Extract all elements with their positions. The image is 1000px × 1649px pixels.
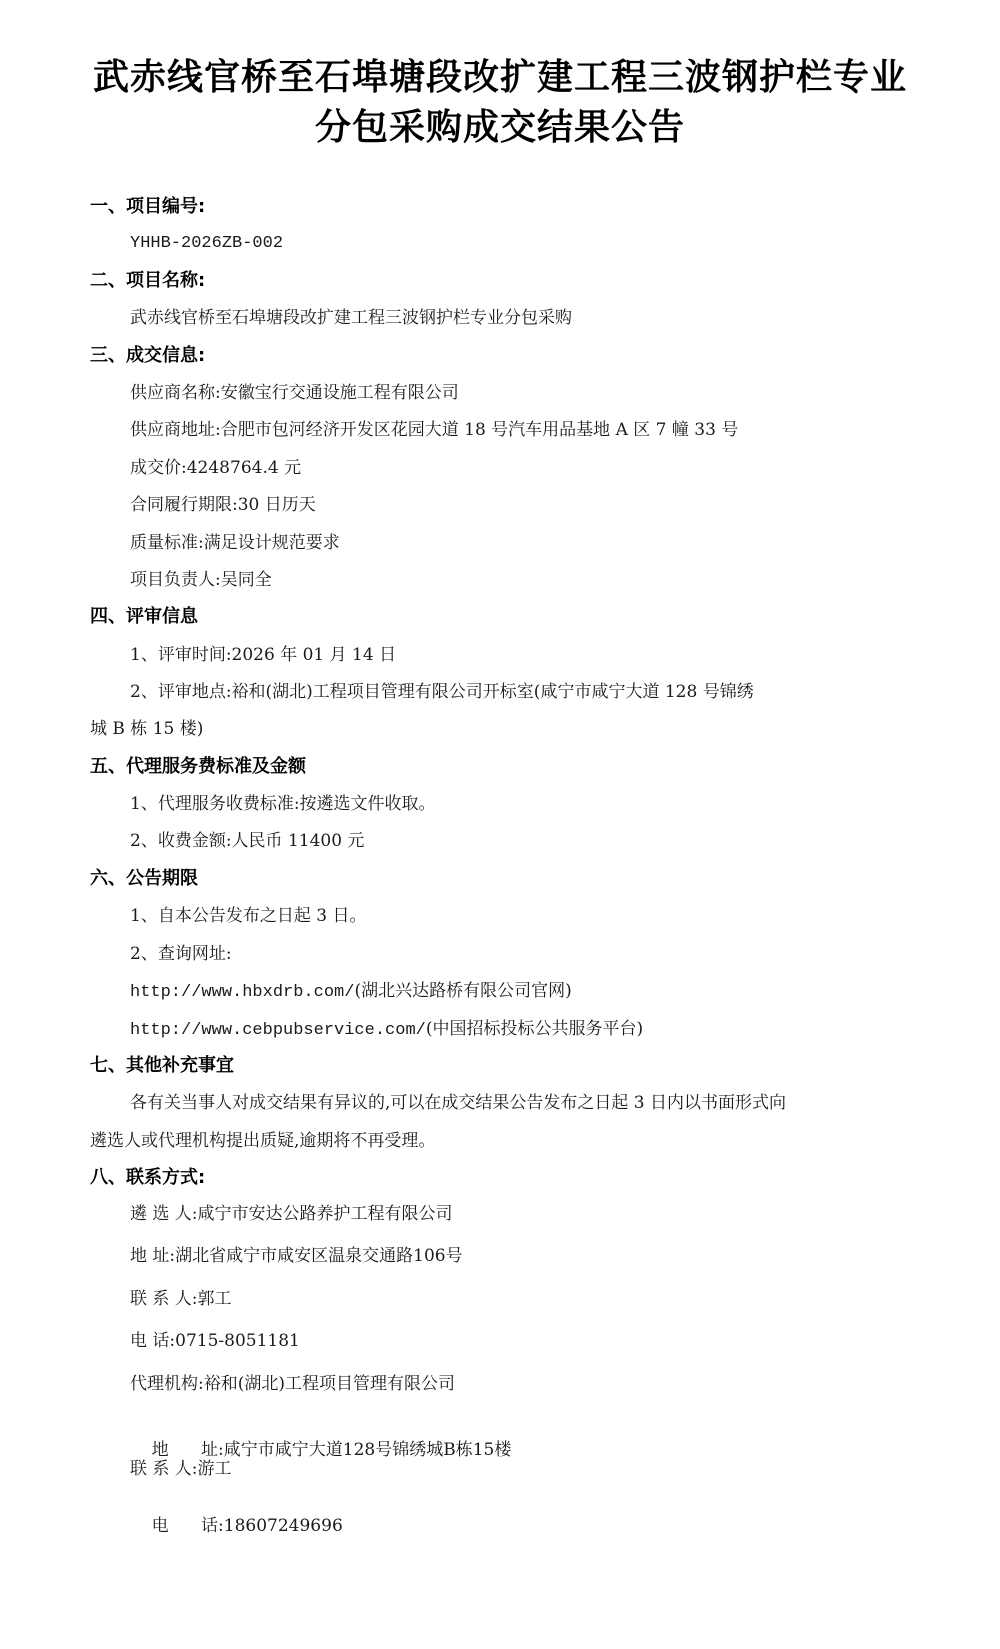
agency-fee-amount: 2、收费金额:人民币 11400 元 — [130, 829, 364, 853]
document-title-line-2: 分包采购成交结果公告 — [0, 107, 1000, 149]
contract-period-row: 合同履行期限:30 日历天 — [130, 493, 316, 517]
selector-address-value: 湖北省咸宁市咸安区温泉交通路106号 — [175, 1246, 462, 1266]
agency-value: 裕和(湖北)工程项目管理有限公司 — [204, 1374, 455, 1394]
query-url-desc-2: (中国招标投标公共服务平台) — [426, 1019, 643, 1039]
supplier-name-row: 供应商名称:安徽宝行交通设施工程有限公司 — [130, 381, 459, 405]
section-heading-deal-info: 三、成交信息: — [90, 344, 205, 368]
query-url-label: 2、查询网址: — [130, 942, 232, 966]
quality-standard-label: 质量标准: — [130, 533, 204, 553]
agency-phone-label: 电 话: — [152, 1516, 224, 1536]
supplier-name-value: 安徽宝行交通设施工程有限公司 — [221, 383, 459, 403]
query-url-row-2: http://www.cebpubservice.com/(中国招标投标公共服务… — [130, 1017, 643, 1043]
supplier-address-row: 供应商地址:合肥市包河经济开发区花园大道 18 号汽车用品基地 A 区 7 幢 … — [130, 418, 738, 442]
section-heading-notice-period: 六、公告期限 — [90, 867, 198, 891]
agency-phone-value: 18607249696 — [224, 1516, 343, 1536]
selector-row: 遴 选 人:咸宁市安达公路养护工程有限公司 — [130, 1202, 453, 1226]
selector-address-row: 地 址:湖北省咸宁市咸安区温泉交通路106号 — [130, 1244, 463, 1268]
query-url-desc-1: (湖北兴达路桥有限公司官网) — [354, 981, 571, 1001]
section-heading-project-name: 二、项目名称: — [90, 269, 205, 293]
section-heading-review-info: 四、评审信息 — [90, 605, 198, 629]
project-manager-value: 吴同全 — [221, 570, 272, 590]
notice-period-duration: 1、自本公告发布之日起 3 日。 — [130, 904, 366, 928]
agency-label: 代理机构: — [130, 1374, 204, 1394]
quality-standard-row: 质量标准:满足设计规范要求 — [130, 531, 340, 555]
other-matters-paragraph-line-2: 遴选人或代理机构提出质疑,逾期将不再受理。 — [90, 1129, 435, 1153]
supplier-name-label: 供应商名称: — [130, 383, 221, 403]
project-number-value: YHHB-2026ZB-002 — [130, 232, 283, 256]
project-name-value: 武赤线官桥至石埠塘段改扩建工程三波钢护栏专业分包采购 — [130, 306, 572, 330]
section-heading-agency-fee: 五、代理服务费标准及金额 — [90, 755, 306, 779]
review-place-label: 2、评审地点: — [130, 682, 232, 702]
agency-fee-standard: 1、代理服务收费标准:按遴选文件收取。 — [130, 792, 436, 816]
review-place-row: 2、评审地点:裕和(湖北)工程项目管理有限公司开标室(咸宁市咸宁大道 128 号… — [130, 680, 754, 704]
deal-price-value: 4248764.4 元 — [187, 458, 301, 478]
contract-period-value: 30 日历天 — [238, 495, 316, 515]
agency-row: 代理机构:裕和(湖北)工程项目管理有限公司 — [130, 1372, 455, 1396]
selector-phone-label: 电 话: — [130, 1331, 175, 1351]
selector-phone-row: 电 话:0715-8051181 — [130, 1329, 300, 1353]
deal-price-label: 成交价: — [130, 458, 187, 478]
review-time-row: 1、评审时间:2026 年 01 月 14 日 — [130, 643, 396, 667]
agency-contact-row: 联 系 人:游工 — [130, 1457, 232, 1481]
selector-contact-label: 联 系 人: — [130, 1289, 198, 1309]
selector-value: 咸宁市安达公路养护工程有限公司 — [198, 1204, 453, 1224]
review-place-value-line-1: 裕和(湖北)工程项目管理有限公司开标室(咸宁市咸宁大道 128 号锦绣 — [232, 682, 754, 702]
review-time-label: 1、评审时间: — [130, 645, 232, 665]
selector-label: 遴 选 人: — [130, 1204, 198, 1224]
other-matters-paragraph-line-1: 各有关当事人对成交结果有异议的,可以在成交结果公告发布之日起 3 日内以书面形式… — [130, 1091, 786, 1115]
deal-price-row: 成交价:4248764.4 元 — [130, 456, 301, 480]
announcement-page: 武赤线官桥至石埠塘段改扩建工程三波钢护栏专业 分包采购成交结果公告 一、项目编号… — [0, 0, 1000, 1649]
review-place-value-line-2: 城 B 栋 15 楼) — [90, 717, 203, 741]
agency-address-value: 咸宁市咸宁大道128号锦绣城B栋15楼 — [224, 1440, 512, 1460]
selector-address-label: 地 址: — [130, 1246, 175, 1266]
supplier-address-label: 供应商地址: — [130, 420, 221, 440]
selector-contact-value: 郭工 — [198, 1289, 232, 1309]
query-url-row-1: http://www.hbxdrb.com/(湖北兴达路桥有限公司官网) — [130, 979, 572, 1005]
section-heading-other-matters: 七、其他补充事宜 — [90, 1054, 234, 1078]
section-heading-project-number: 一、项目编号: — [90, 195, 205, 219]
section-heading-contact: 八、联系方式: — [90, 1166, 205, 1190]
query-url-link-1[interactable]: http://www.hbxdrb.com/ — [130, 983, 354, 1002]
agency-contact-value: 游工 — [198, 1459, 232, 1479]
query-url-link-2[interactable]: http://www.cebpubservice.com/ — [130, 1021, 426, 1040]
project-manager-row: 项目负责人:吴同全 — [130, 568, 272, 592]
quality-standard-value: 满足设计规范要求 — [204, 533, 340, 553]
contract-period-label: 合同履行期限: — [130, 495, 238, 515]
selector-contact-row: 联 系 人:郭工 — [130, 1287, 232, 1311]
agency-phone-row: 电 话:18607249696 — [130, 1490, 343, 1562]
selector-phone-value: 0715-8051181 — [175, 1331, 300, 1351]
supplier-address-value: 合肥市包河经济开发区花园大道 18 号汽车用品基地 A 区 7 幢 33 号 — [221, 420, 739, 440]
review-time-value: 2026 年 01 月 14 日 — [232, 645, 397, 665]
agency-contact-label: 联 系 人: — [130, 1459, 198, 1479]
project-manager-label: 项目负责人: — [130, 570, 221, 590]
document-title-line-1: 武赤线官桥至石埠塘段改扩建工程三波钢护栏专业 — [0, 57, 1000, 99]
